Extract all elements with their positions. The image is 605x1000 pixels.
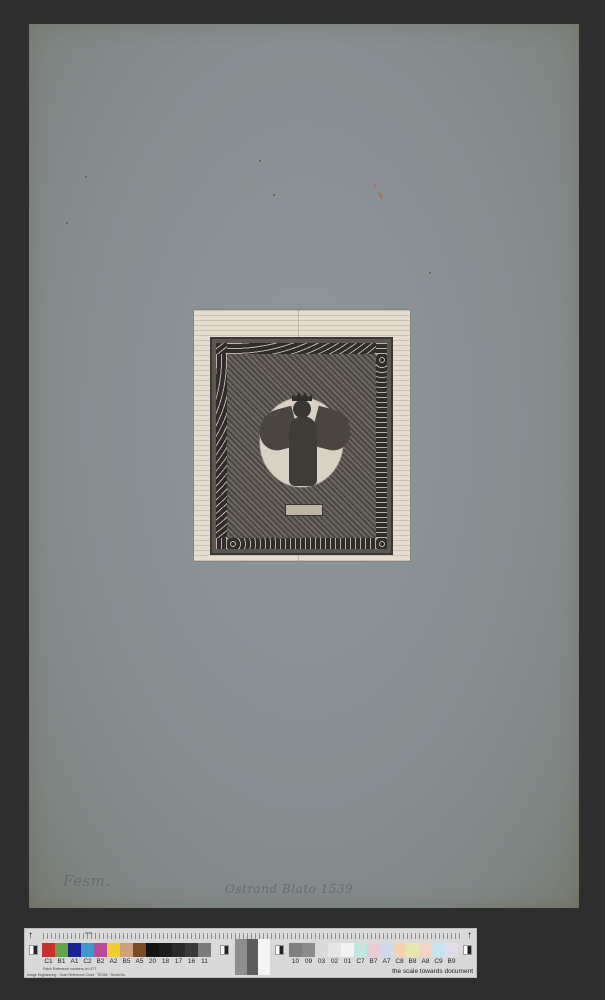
color-patch — [315, 943, 328, 957]
color-patch — [432, 943, 445, 957]
calibration-target-icon — [463, 945, 472, 955]
color-patch-label: B5 — [120, 958, 133, 965]
calibration-target-icon — [220, 945, 229, 955]
right-color-patches — [289, 943, 458, 957]
color-patch — [159, 943, 172, 957]
color-patch-label: B9 — [445, 958, 458, 965]
color-patch-label: 16 — [185, 958, 198, 965]
color-patch-label: A8 — [419, 958, 432, 965]
patch-reference-note: Patch Reference numbers on UTT — [43, 967, 96, 971]
color-patch-label: B1 — [55, 958, 68, 965]
color-patch — [42, 943, 55, 957]
orientation-note: the scale towards document — [392, 968, 473, 975]
speck — [66, 222, 68, 224]
color-patch-label: C9 — [432, 958, 445, 965]
stain-mark — [373, 184, 377, 188]
stain-mark — [377, 192, 383, 200]
color-patch — [419, 943, 432, 957]
color-patch — [94, 943, 107, 957]
woodcut-image — [210, 337, 393, 555]
speck — [259, 160, 261, 162]
color-patch — [133, 943, 146, 957]
color-patch-label: 11 — [198, 958, 211, 965]
pencil-note-center: Ostrand Blato 1539 — [225, 882, 353, 896]
color-patch — [406, 943, 419, 957]
color-patch — [380, 943, 393, 957]
color-scale-bar: ↑ ↑ inch C1B1A1C2B2A2B5A52018171611 Patc… — [24, 928, 477, 978]
mounting-board: Fesm. Ostrand Blato 1539 — [29, 24, 579, 908]
eagle-head — [293, 400, 311, 418]
up-arrow-icon: ↑ — [467, 931, 472, 941]
color-patch-label: 02 — [328, 958, 341, 965]
color-patch — [198, 943, 211, 957]
color-patch-label: C2 — [81, 958, 94, 965]
right-patch-labels: 1009030201C7B7A7C8B8A8C9B9 — [289, 958, 458, 965]
eagle-body — [289, 416, 317, 486]
color-patch — [146, 943, 159, 957]
color-patch — [107, 943, 120, 957]
left-patch-labels: C1B1A1C2B2A2B5A52018171611 — [42, 958, 211, 965]
color-patch — [120, 943, 133, 957]
calibration-target-icon — [275, 945, 284, 955]
color-patch — [55, 943, 68, 957]
crown-icon — [292, 392, 312, 401]
color-patch-label: A7 — [380, 958, 393, 965]
color-patch — [81, 943, 94, 957]
color-patch-label: 10 — [289, 958, 302, 965]
speck — [429, 272, 431, 274]
color-patch-label: A5 — [133, 958, 146, 965]
color-patch-label: C1 — [42, 958, 55, 965]
left-color-patches — [42, 943, 211, 957]
color-patch-label: 20 — [146, 958, 159, 965]
color-patch — [68, 943, 81, 957]
color-patch-label: B2 — [94, 958, 107, 965]
color-patch-label: B8 — [406, 958, 419, 965]
color-patch — [341, 943, 354, 957]
color-patch — [445, 943, 458, 957]
color-patch — [185, 943, 198, 957]
gray-step-block — [235, 939, 270, 975]
color-patch-label: 09 — [302, 958, 315, 965]
color-patch-label: 17 — [172, 958, 185, 965]
color-patch — [289, 943, 302, 957]
color-patch-label: C7 — [354, 958, 367, 965]
speck — [273, 194, 275, 196]
up-arrow-icon: ↑ — [28, 931, 33, 941]
eagle-scene — [227, 354, 376, 538]
color-patch-label: B7 — [367, 958, 380, 965]
chart-footer: Image Engineering · Scan Reference Chart… — [27, 973, 126, 977]
color-patch — [302, 943, 315, 957]
color-patch — [393, 943, 406, 957]
color-patch-label: A1 — [68, 958, 81, 965]
color-patch-label: 01 — [341, 958, 354, 965]
pencil-note-left: Fesm. — [63, 872, 111, 890]
color-patch-label: 03 — [315, 958, 328, 965]
cartouche — [285, 504, 323, 516]
color-patch — [367, 943, 380, 957]
color-patch — [172, 943, 185, 957]
color-patch-label: A2 — [107, 958, 120, 965]
color-patch — [354, 943, 367, 957]
speck — [85, 176, 87, 178]
ruler-unit-label: inch — [85, 930, 92, 935]
calibration-target-icon — [29, 945, 38, 955]
color-patch-label: 18 — [159, 958, 172, 965]
color-patch — [328, 943, 341, 957]
woodcut-print — [194, 310, 410, 561]
color-patch-label: C8 — [393, 958, 406, 965]
